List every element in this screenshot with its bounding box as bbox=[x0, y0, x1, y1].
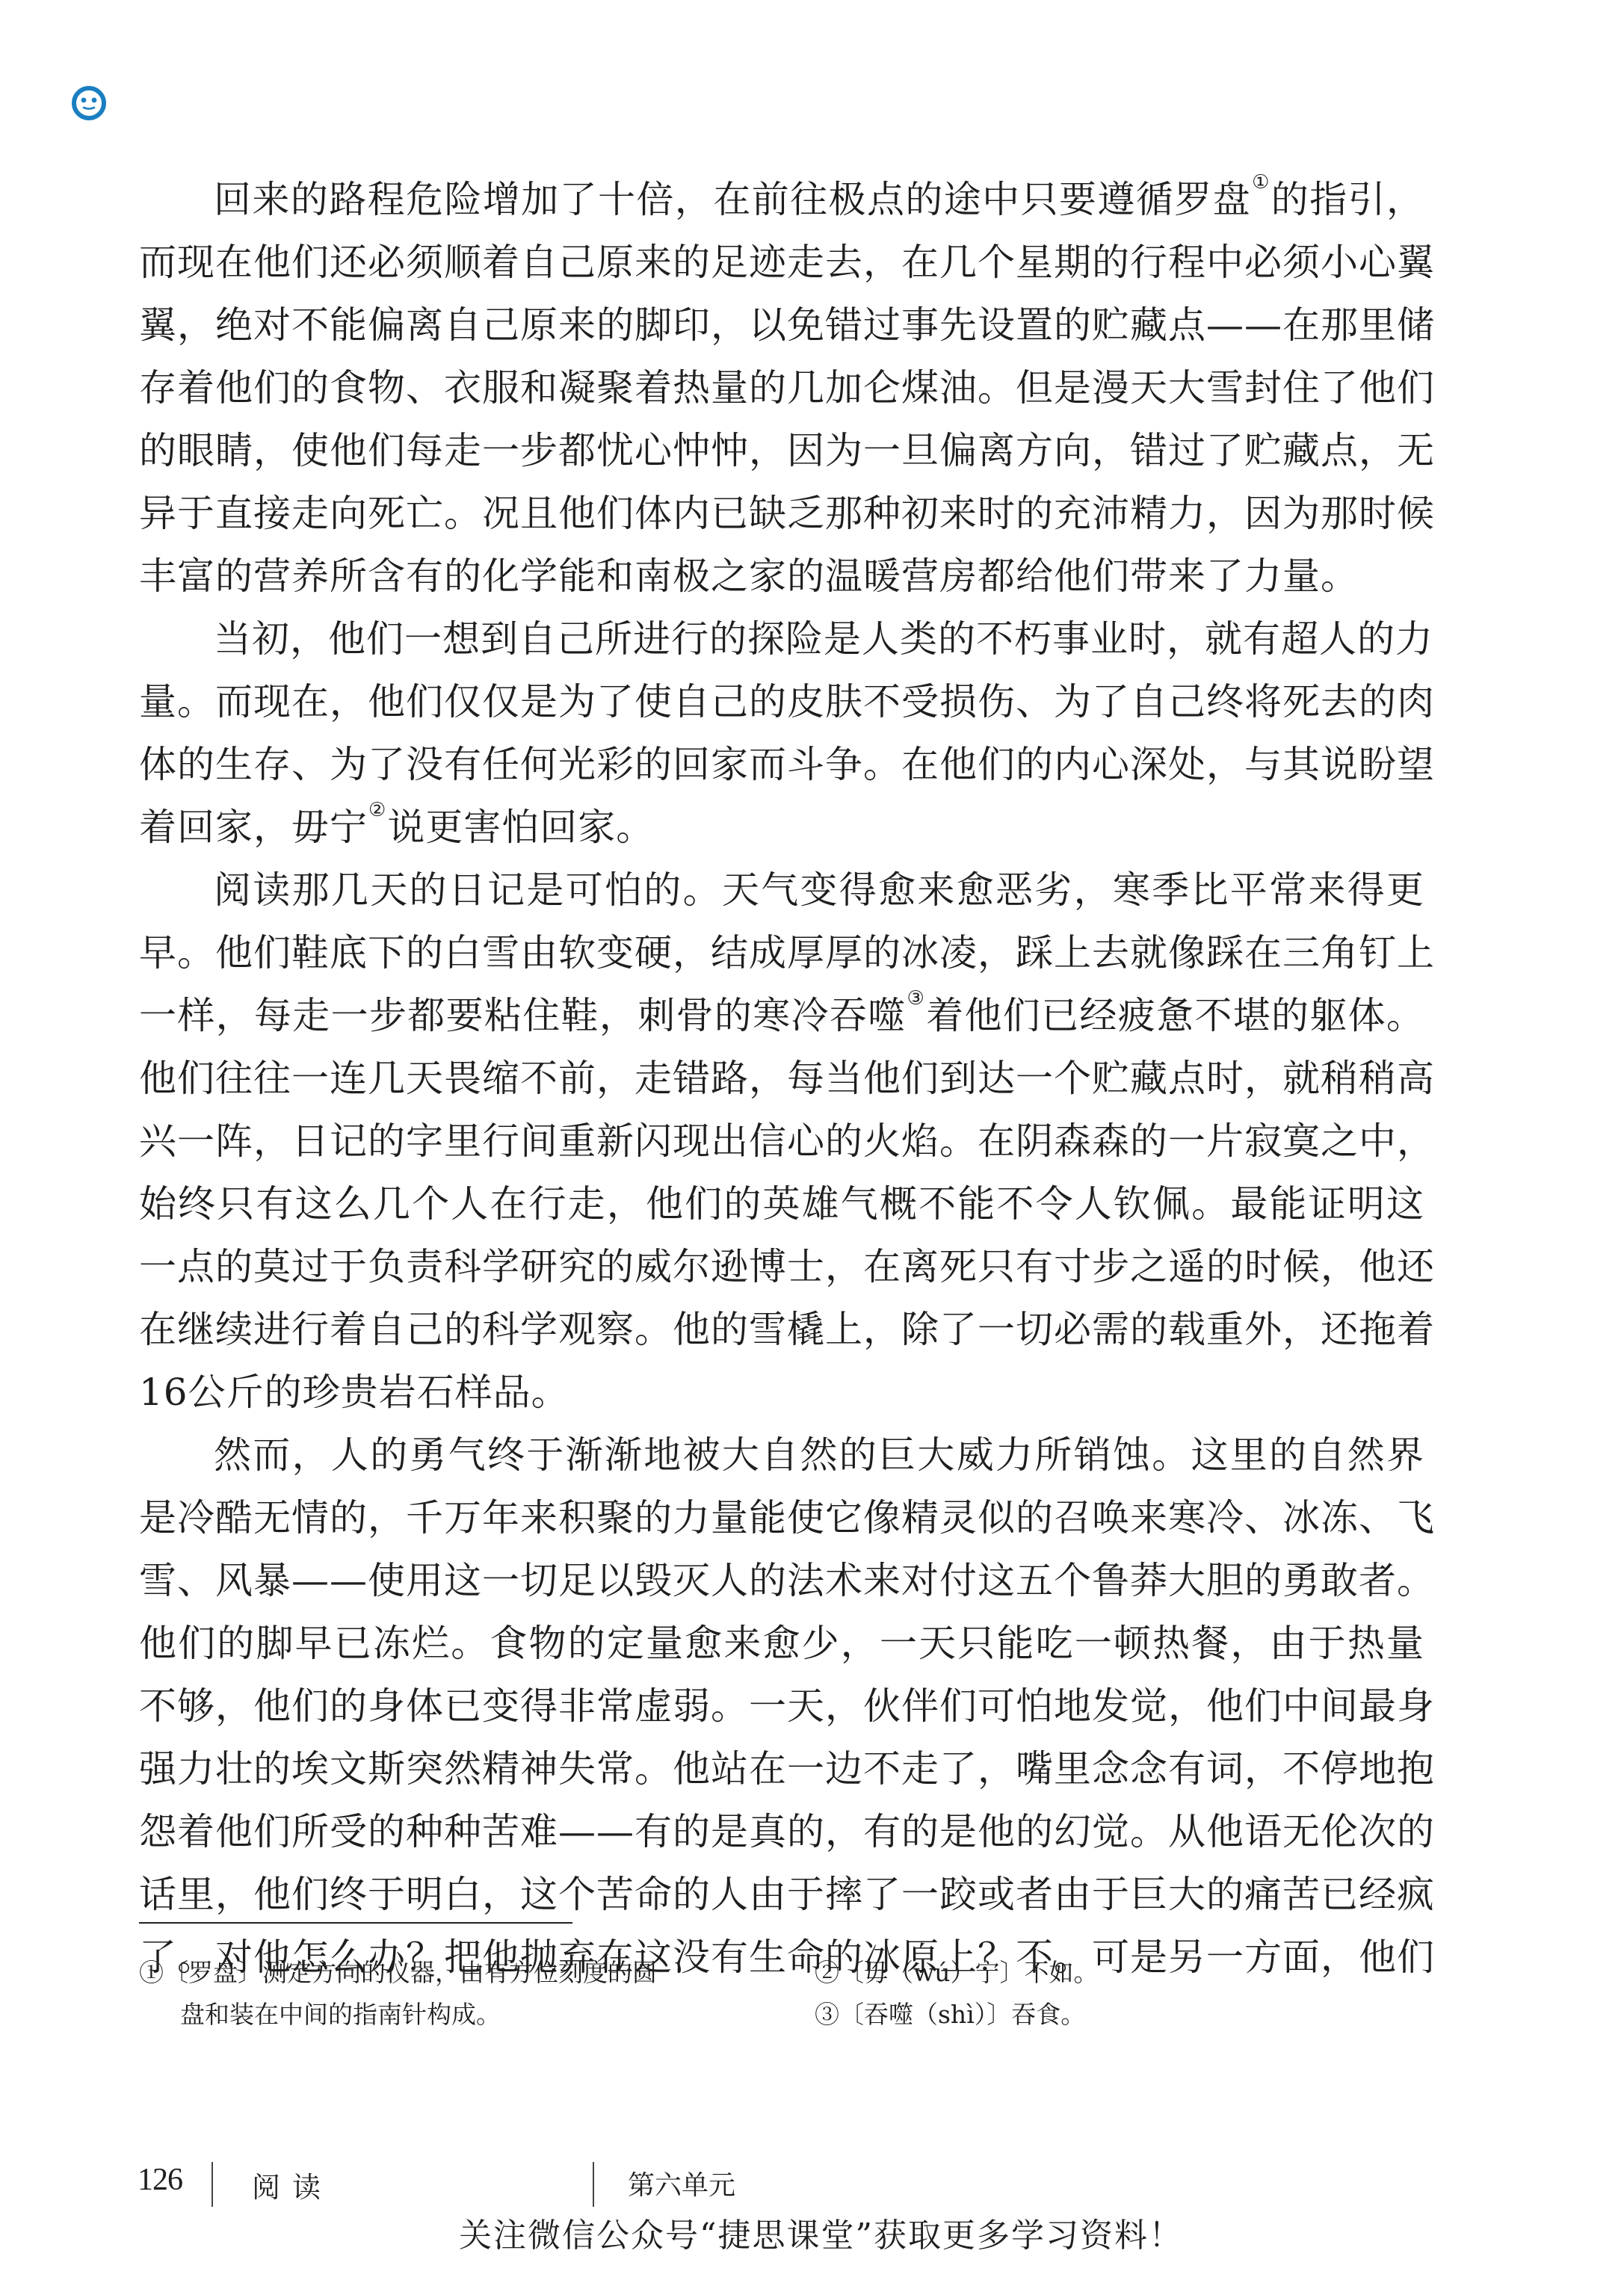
text-line: 雪、风暴——使用这一切足以毁灭人的法术来对付这五个鲁莽大胆的勇敢者。 bbox=[139, 1549, 1424, 1612]
smiley-face-icon bbox=[70, 84, 108, 122]
text-line: 而现在他们还必须顺着自己原来的足迹走去，在几个星期的行程中必须小心翼 bbox=[139, 231, 1424, 294]
text-line: 早。他们鞋底下的白雪由软变硬，结成厚厚的冰凌，踩上去就像踩在三角钉上 bbox=[139, 921, 1424, 984]
footnote-ref-3[interactable]: ③ bbox=[907, 987, 925, 1010]
section-label: 阅读 bbox=[197, 2164, 333, 2205]
footnote-ref-2[interactable]: ② bbox=[368, 799, 386, 821]
text-line: 始终只有这么几个人在行走，他们的英雄气概不能不令人钦佩。最能证明这 bbox=[139, 1173, 1424, 1235]
text-line: 翼，绝对不能偏离自己原来的脚印，以免错过事先设置的贮藏点——在那里储 bbox=[139, 294, 1424, 356]
text-line: 的眼睛，使他们每走一步都忧心忡忡，因为一旦偏离方向，错过了贮藏点，无 bbox=[139, 419, 1424, 482]
footnote-3: ③〔吞噬（shì）〕吞食。 bbox=[815, 1994, 1412, 2036]
paragraph: 阅读那几天的日记是可怕的。天气变得愈来愈恶劣，寒季比平常来得更 早。他们鞋底下的… bbox=[139, 859, 1424, 1424]
text-line: 一样，每走一步都要粘住鞋，刺骨的寒冷吞噬③着他们已经疲惫不堪的躯体。 bbox=[139, 984, 1424, 1047]
promo-text: 关注微信公众号“捷思课堂”获取更多学习资料！ bbox=[459, 2208, 1183, 2256]
text-line: 异于直接走向死亡。况且他们体内已缺乏那种初来时的充沛精力，因为那时候 bbox=[139, 482, 1424, 545]
text-line: 回来的路程危险增加了十倍，在前往极点的途中只要遵循罗盘①的指引， bbox=[139, 168, 1424, 231]
text-line: 怨着他们所受的种种苦难——有的是真的，有的是他的幻觉。从他语无伦次的 bbox=[139, 1800, 1424, 1863]
footnotes-left: ①〔罗盘〕测定方向的仪器，由有方位刻度的圆 盘和装在中间的指南针构成。 bbox=[139, 1952, 767, 2036]
text-line: 在继续进行着自己的科学观察。他的雪橇上，除了一切必需的载重外，还拖着 bbox=[139, 1298, 1424, 1361]
footnote-ref-1[interactable]: ① bbox=[1252, 171, 1271, 194]
text-line: 强力壮的埃文斯突然精神失常。他站在一边不走了，嘴里念念有词，不停地抱 bbox=[139, 1738, 1424, 1800]
text-line: 当初，他们一想到自己所进行的探险是人类的不朽事业时，就有超人的力 bbox=[139, 608, 1424, 670]
text-line: 一点的莫过于负责科学研究的威尔逊博士，在离死只有寸步之遥的时候，他还 bbox=[139, 1235, 1424, 1298]
text-line: 体的生存、为了没有任何光彩的回家而斗争。在他们的内心深处，与其说盼望 bbox=[139, 733, 1424, 796]
text-line: 他们的脚早已冻烂。食物的定量愈来愈少，一天只能吃一顿热餐，由于热量 bbox=[139, 1612, 1424, 1675]
page-number: 126 bbox=[138, 2162, 182, 2198]
footnote-1-continued: 盘和装在中间的指南针构成。 bbox=[139, 1994, 767, 2036]
footnote-2: ②〔毋（wú）宁〕不如。 bbox=[815, 1952, 1412, 1994]
text-line: 丰富的营养所含有的化学能和南极之家的温暖营房都给他们带来了力量。 bbox=[139, 545, 1424, 608]
paragraph: 然而，人的勇气终于渐渐地被大自然的巨大威力所销蚀。这里的自然界 是冷酷无情的，千… bbox=[139, 1424, 1424, 1989]
text-line: 阅读那几天的日记是可怕的。天气变得愈来愈恶劣，寒季比平常来得更 bbox=[139, 859, 1424, 921]
text-line: 是冷酷无情的，千万年来积聚的力量能使它像精灵似的召唤来寒冷、冰冻、飞 bbox=[139, 1486, 1424, 1549]
unit-label: 第六单元 bbox=[628, 2164, 735, 2202]
paragraph: 当初，他们一想到自己所进行的探险是人类的不朽事业时，就有超人的力 量。而现在，他… bbox=[139, 608, 1424, 859]
text-line: 着回家，毋宁②说更害怕回家。 bbox=[139, 796, 1424, 859]
text-line: 不够，他们的身体已变得非常虚弱。一天，伙伴们可怕地发觉，他们中间最身 bbox=[139, 1675, 1424, 1738]
text-line: 量。而现在，他们仅仅是为了使自己的皮肤不受损伤、为了自己终将死去的肉 bbox=[139, 670, 1424, 733]
footnote-1: ①〔罗盘〕测定方向的仪器，由有方位刻度的圆 bbox=[139, 1952, 767, 1994]
text-line: 兴一阵，日记的字里行间重新闪现出信心的火焰。在阴森森的一片寂寞之中， bbox=[139, 1110, 1424, 1173]
paragraph: 回来的路程危险增加了十倍，在前往极点的途中只要遵循罗盘①的指引， 而现在他们还必… bbox=[139, 168, 1424, 608]
article-body: 回来的路程危险增加了十倍，在前往极点的途中只要遵循罗盘①的指引， 而现在他们还必… bbox=[139, 168, 1424, 1989]
text-line: 他们往往一连几天畏缩不前，走错路，每当他们到达一个贮藏点时，就稍稍高 bbox=[139, 1047, 1424, 1110]
footnotes-right: ②〔毋（wú）宁〕不如。 ③〔吞噬（shì）〕吞食。 bbox=[815, 1952, 1412, 2036]
text-line: 16公斤的珍贵岩石样品。 bbox=[139, 1361, 1424, 1424]
text-line: 话里，他们终于明白，这个苦命的人由于摔了一跤或者由于巨大的痛苦已经疯 bbox=[139, 1863, 1424, 1926]
text-line: 然而，人的勇气终于渐渐地被大自然的巨大威力所销蚀。这里的自然界 bbox=[139, 1424, 1424, 1486]
footer-divider bbox=[593, 2162, 594, 2207]
footnote-divider bbox=[139, 1922, 572, 1924]
text-line: 存着他们的食物、衣服和凝聚着热量的几加仑煤油。但是漫天大雪封住了他们 bbox=[139, 356, 1424, 419]
